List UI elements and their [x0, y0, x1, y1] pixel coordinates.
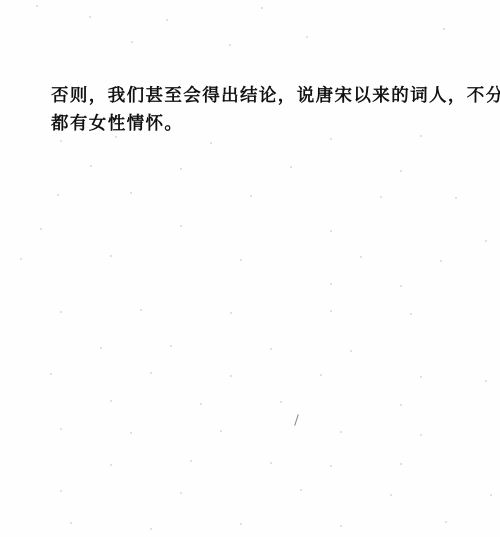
paragraph-line-1: 否则，我们甚至会得出结论，说唐宋以来的词人，不分男女， [51, 86, 500, 106]
pen-stroke-mark [294, 414, 299, 426]
scanned-page: 否则，我们甚至会得出结论，说唐宋以来的词人，不分男女， 都有女性情怀。 [0, 0, 500, 537]
paragraph-line-2: 都有女性情怀。 [51, 114, 183, 134]
